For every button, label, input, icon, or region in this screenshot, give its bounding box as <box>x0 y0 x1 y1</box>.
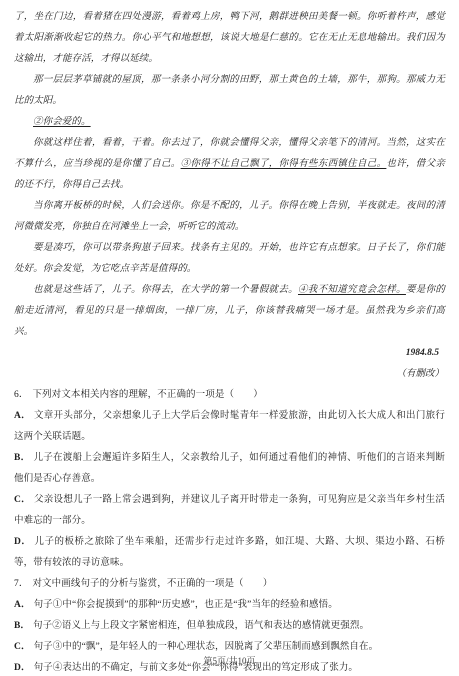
essay-text: 那一层层茅草铺就的屋顶，那一条条小河分割的田野，那土黄色的土墙，那牛，那狗。那威… <box>14 75 445 106</box>
option-label: C． <box>14 495 31 505</box>
essay-text: 也就是这些话了，儿子。你得去，在大学的第一个暑假就去。 <box>33 285 298 295</box>
option-text: 儿子的板桥之旅除了坐车乘船，还需步行走过许多路，如江堤、大路、大坝、渠边小路、石… <box>14 537 445 568</box>
questions-section: 6．下列对文本相关内容的理解，不正确的一项是（ ）A．文章开头部分，父亲想象儿子… <box>14 385 445 676</box>
essay-paragraph: 要是凑巧，你可以带条狗崽子回来。找条有主见的。开始，也许它有点想家。日子长了，你… <box>14 238 445 280</box>
answer-option: B．句子②语义上与上段文字紧密相连，但单独成段，语气和表达的感情就更强烈。 <box>14 616 445 637</box>
option-text: 句子②语义上与上段文字紧密相连，但单独成段，语气和表达的感情就更强烈。 <box>33 621 369 631</box>
page-number-label: 第5页/共10页 <box>203 656 255 666</box>
answer-option: D．儿子的板桥之旅除了坐车乘船，还需步行走过许多路，如江堤、大路、大坝、渠边小路… <box>14 532 445 574</box>
option-text: 儿子在渡船上会邂逅许多陌生人，父亲教给儿子，如何通过看他们的神情、听他们的言语来… <box>14 453 445 484</box>
question-stem-text: 对文中画线句子的分析与鉴赏，不正确的一项是（ ） <box>32 579 272 589</box>
option-text: 句子①中“你会捉摸到”的那种“历史感”，也正是“我”当年的经验和感悟。 <box>34 600 338 610</box>
underlined-sentence: ②你会爱的。 <box>33 117 91 127</box>
essay-paragraph: 你就这样住着，看着，干着。你去过了，你就会懂得父亲，懂得父亲笔下的清河。当然，这… <box>14 133 445 196</box>
option-text: 文章开头部分，父亲想象儿子上大学后会像时髦青年一样爱旅游，由此切入长大成人和出门… <box>14 411 445 442</box>
essay-paragraph: 也就是这些话了，儿子。你得去，在大学的第一个暑假就去。④我不知道究竟会怎样。要是… <box>14 280 445 343</box>
question-stem-text: 下列对文本相关内容的理解，不正确的一项是（ ） <box>32 390 262 400</box>
option-label: D． <box>14 537 31 547</box>
essay-date: 1984.8.5 <box>14 343 445 364</box>
essay-revision-note: （有删改） <box>14 364 445 385</box>
essay-section: 了，坐在门边，看着猪在四处漫游，看着鸡上房，鸭下河，鹅群进秧田美餐一顿。你听着杵… <box>14 7 445 343</box>
essay-paragraph: 那一层层茅草铺就的屋顶，那一条条小河分割的田野，那土黄色的土墙，那牛，那狗。那威… <box>14 70 445 112</box>
option-label: A． <box>14 600 31 610</box>
essay-paragraph: 了，坐在门边，看着猪在四处漫游，看着鸡上房，鸭下河，鹅群进秧田美餐一顿。你听着杵… <box>14 7 445 70</box>
option-label: B． <box>14 621 30 631</box>
option-label: A． <box>14 411 31 421</box>
essay-paragraph: ②你会爱的。 <box>14 112 445 133</box>
question-number: 6． <box>14 390 28 400</box>
essay-text: 当你离开板桥的时候，人们会送你。你是不配的，儿子。你得在晚上告别，半夜就走。夜间… <box>14 201 445 232</box>
option-text: 句子③中的“飘”，是年轻人的一种心理状态，因脱离了父辈压制而感到飘然自在。 <box>34 642 379 652</box>
essay-text: 要是凑巧，你可以带条狗崽子回来。找条有主见的。开始，也许它有点想家。日子长了，你… <box>14 243 445 274</box>
option-label: C． <box>14 642 31 652</box>
answer-option: B．儿子在渡船上会邂逅许多陌生人，父亲教给儿子，如何通过看他们的神情、听他们的言… <box>14 448 445 490</box>
question-number: 7． <box>14 579 28 589</box>
answer-option: A．句子①中“你会捉摸到”的那种“历史感”，也正是“我”当年的经验和感悟。 <box>14 595 445 616</box>
question-stem: 7．对文中画线句子的分析与鉴赏，不正确的一项是（ ） <box>14 574 445 595</box>
option-text: 父亲设想儿子一路上常会遇到狗，并建议儿子离开时带走一条狗，可见狗应是父亲当年乡村… <box>14 495 445 526</box>
answer-option: C．父亲设想儿子一路上常会遇到狗，并建议儿子离开时带走一条狗，可见狗应是父亲当年… <box>14 490 445 532</box>
answer-option: A．文章开头部分，父亲想象儿子上大学后会像时髦青年一样爱旅游，由此切入长大成人和… <box>14 406 445 448</box>
essay-paragraph: 当你离开板桥的时候，人们会送你。你是不配的，儿子。你得在晚上告别，半夜就走。夜间… <box>14 196 445 238</box>
option-label: B． <box>14 453 30 463</box>
underlined-sentence: ③你得不让自己飘了，你得有些东西镇住自己。 <box>181 159 387 169</box>
essay-text: 了，坐在门边，看着猪在四处漫游，看着鸡上房，鸭下河，鹅群进秧田美餐一顿。你听着杵… <box>14 12 445 64</box>
underlined-sentence: ④我不知道究竟会怎样。 <box>298 285 406 295</box>
page-footer: 第5页/共10页 <box>0 654 459 667</box>
question-stem: 6．下列对文本相关内容的理解，不正确的一项是（ ） <box>14 385 445 406</box>
exam-page: 了，坐在门边，看着猪在四处漫游，看着鸡上房，鸭下河，鹅群进秧田美餐一顿。你听着杵… <box>0 0 459 676</box>
